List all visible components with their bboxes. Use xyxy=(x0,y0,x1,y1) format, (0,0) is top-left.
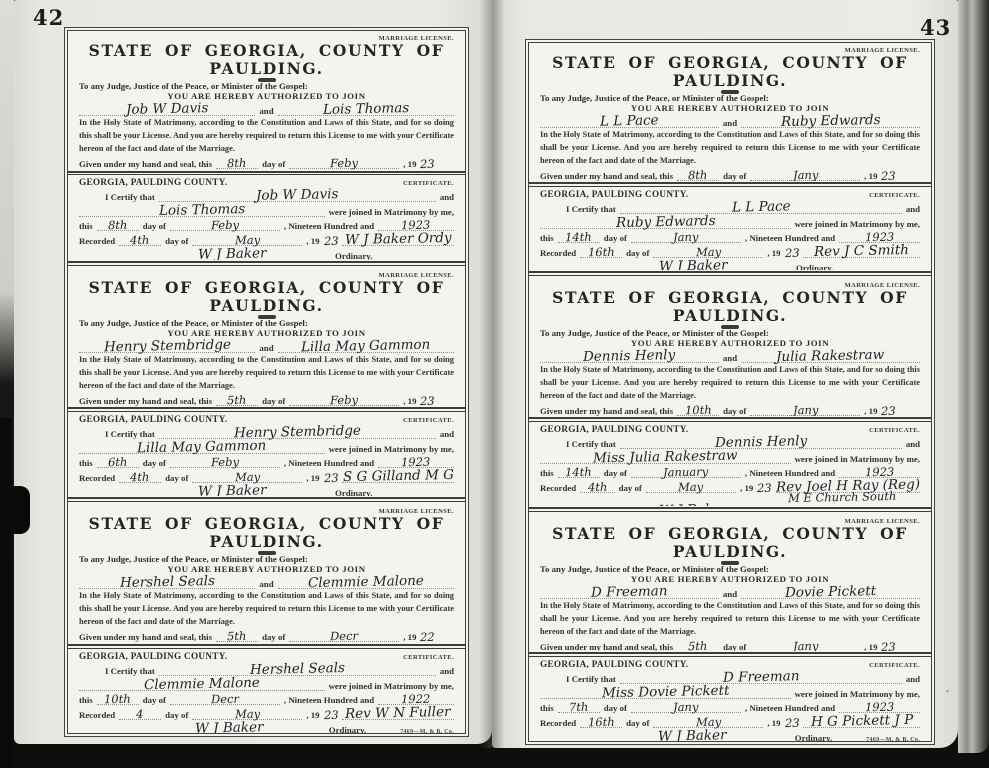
certificate-tag: CERTIFICATE. xyxy=(403,417,454,424)
certificate-tag: CERTIFICATE. xyxy=(869,662,920,669)
recorded-year: 23 xyxy=(323,708,338,722)
groom-name: Henry Stembridge xyxy=(104,336,231,355)
authorize-line: YOU ARE HEREBY AUTHORIZED TO JOIN xyxy=(79,328,454,338)
county-header: GEORGIA, PAULDING COUNTY. xyxy=(540,659,688,669)
salutation: To any Judge, Justice of the Peace, or M… xyxy=(540,93,920,103)
license-block-4: MARRIAGE LICENSE. STATE OF GEORGIA, COUN… xyxy=(529,43,931,181)
salutation: To any Judge, Justice of the Peace, or M… xyxy=(540,328,920,338)
county-header: GEORGIA, PAULDING COUNTY. xyxy=(79,651,227,661)
ordinary-signature: W J Baker xyxy=(309,405,378,406)
cert-groom-name: Job W Davis xyxy=(256,187,339,205)
license-month: Jany xyxy=(792,638,818,651)
section-divider xyxy=(529,507,931,512)
bride-name: Clemmie Malone xyxy=(308,573,424,591)
clerk-signature: W J Baker xyxy=(194,719,263,733)
oath-row: License obtained under oath by W J Baker… xyxy=(79,169,454,170)
license-block-5: MARRIAGE LICENSE. STATE OF GEORGIA, COUN… xyxy=(529,278,931,416)
license-year: 23 xyxy=(420,394,435,407)
groom-name: Job W Davis xyxy=(126,100,209,118)
groom-name: D Freeman xyxy=(591,583,668,601)
license-day: 8th xyxy=(227,156,247,170)
license-month: Jany xyxy=(792,403,818,416)
binding-bar xyxy=(0,418,12,768)
section-divider xyxy=(68,497,465,502)
given-row: Given under my hand and seal, this 8th d… xyxy=(79,155,454,169)
binding-clamp xyxy=(1,486,30,534)
names-row: Henry Stembridge and Lilla May Gammon xyxy=(79,338,454,353)
groom-name: L L Pace xyxy=(600,112,659,129)
license-month: Feby xyxy=(330,392,358,406)
license-day: 5th xyxy=(227,392,247,406)
license-heading: STATE OF GEORGIA, COUNTY OF PAULDING. xyxy=(540,289,920,325)
recorded-year: 23 xyxy=(784,246,799,260)
bride-name: Ruby Edwards xyxy=(781,112,881,130)
cert-day: 8th xyxy=(108,218,128,232)
section-divider xyxy=(68,407,465,412)
officiant-signature: Rev W N Fuller xyxy=(345,704,451,722)
authorize-line: YOU ARE HEREBY AUTHORIZED TO JOIN xyxy=(540,574,920,584)
names-row: Hershel Seals and Clemmie Malone xyxy=(79,574,454,589)
form-box-left: MARRIAGE LICENSE. STATE OF GEORGIA, COUN… xyxy=(67,30,466,734)
cert-day: 10th xyxy=(104,691,131,706)
certificate-tag: CERTIFICATE. xyxy=(869,192,920,199)
groom-name: Dennis Henly xyxy=(583,347,675,365)
recorded-day: 4th xyxy=(588,480,608,494)
cert-month: January xyxy=(663,464,708,479)
salutation: To any Judge, Justice of the Peace, or M… xyxy=(79,554,454,564)
officiant-signature: Rev J C Smith xyxy=(814,242,909,260)
license-body: In the Holy State of Matrimony, accordin… xyxy=(540,128,920,167)
cert-bride-name: Lois Thomas xyxy=(159,202,246,220)
license-year: 23 xyxy=(420,157,435,170)
license-heading: STATE OF GEORGIA, COUNTY OF PAULDING. xyxy=(79,279,454,315)
salutation: To any Judge, Justice of the Peace, or M… xyxy=(79,318,454,328)
page-number-42: 42 xyxy=(33,5,64,30)
license-body: In the Holy State of Matrimony, accordin… xyxy=(79,589,454,628)
names-row: Job W Davis and Lois Thomas xyxy=(79,101,454,116)
section-divider xyxy=(529,182,931,187)
groom-name: Hershel Seals xyxy=(120,573,215,591)
printer-mark: 7469—M. & B. Co. xyxy=(866,737,920,741)
cert-day: 14th xyxy=(565,229,592,244)
license-year: 22 xyxy=(420,630,435,643)
clerk-signature: W J Baker xyxy=(658,728,727,741)
page-43: MARRIAGE LICENSE. STATE OF GEORGIA, COUN… xyxy=(492,0,958,748)
cert-day: 6th xyxy=(108,455,128,469)
section-divider xyxy=(68,261,465,266)
license-heading: STATE OF GEORGIA, COUNTY OF PAULDING. xyxy=(540,525,920,561)
certificate-tag: CERTIFICATE. xyxy=(403,654,454,661)
recorded-day: 4th xyxy=(130,233,150,247)
cert-month: Decr xyxy=(211,691,239,706)
book-right-edge xyxy=(958,0,989,753)
certificate-block-4: GEORGIA, PAULDING COUNTY. CERTIFICATE. I… xyxy=(529,189,931,271)
certificate-tag: CERTIFICATE. xyxy=(869,427,920,434)
cert-day: 14th xyxy=(565,465,592,480)
certificate-tag: CERTIFICATE. xyxy=(403,180,454,187)
license-day: 5th xyxy=(227,629,247,643)
section-divider xyxy=(529,417,931,422)
recorded-year: 23 xyxy=(323,234,338,248)
names-row: D Freeman and Dovie Pickett xyxy=(540,584,920,599)
cert-month: Jany xyxy=(673,700,699,715)
license-month: Feby xyxy=(330,156,358,170)
certificate-block-5: GEORGIA, PAULDING COUNTY. CERTIFICATE. I… xyxy=(529,424,931,506)
names-row: L L Pace and Ruby Edwards xyxy=(540,113,920,128)
names-row: Dennis Henly and Julia Rakestraw xyxy=(540,348,920,363)
recorded-year: 23 xyxy=(757,481,772,495)
license-body: In the Holy State of Matrimony, accordin… xyxy=(540,599,920,638)
bride-name: Lois Thomas xyxy=(323,100,410,118)
county-header: GEORGIA, PAULDING COUNTY. xyxy=(540,189,688,199)
salutation: To any Judge, Justice of the Peace, or M… xyxy=(540,564,920,574)
cert-day: 7th xyxy=(569,700,589,714)
license-body: In the Holy State of Matrimony, accordin… xyxy=(79,116,454,155)
section-divider xyxy=(68,644,465,649)
cert-groom-name: Hershel Seals xyxy=(250,660,345,678)
license-body: In the Holy State of Matrimony, accordin… xyxy=(540,363,920,402)
license-day: 8th xyxy=(688,168,708,181)
recorded-day: 4 xyxy=(136,707,144,721)
cert-month: Feby xyxy=(211,455,239,470)
bride-name: Julia Rakestraw xyxy=(776,347,884,365)
officiant-signature: S G Gilland M G xyxy=(342,467,453,485)
cert-bride-name: Clemmie Malone xyxy=(144,675,260,693)
cert-bride-name: Ruby Edwards xyxy=(615,213,715,231)
certificate-block-1: GEORGIA, PAULDING COUNTY. CERTIFICATE. I… xyxy=(68,177,465,259)
salutation: To any Judge, Justice of the Peace, or M… xyxy=(79,81,454,91)
license-heading: STATE OF GEORGIA, COUNTY OF PAULDING. xyxy=(540,54,920,90)
license-day: 5th xyxy=(688,638,708,651)
recorded-year: 23 xyxy=(784,716,799,730)
license-year: 23 xyxy=(881,169,896,181)
license-block-3: MARRIAGE LICENSE. STATE OF GEORGIA, COUN… xyxy=(68,504,465,643)
license-body: In the Holy State of Matrimony, accordin… xyxy=(79,353,454,392)
cert-bride-name: Miss Julia Rakestraw xyxy=(593,447,738,466)
certificate-block-2: GEORGIA, PAULDING COUNTY. CERTIFICATE. I… xyxy=(68,414,465,496)
cert-month: Feby xyxy=(211,218,239,233)
clerk-signature: W J Baker xyxy=(659,501,728,505)
recorded-day: 16th xyxy=(588,244,615,259)
county-header: GEORGIA, PAULDING COUNTY. xyxy=(79,414,227,424)
license-day: 10th xyxy=(685,403,712,416)
cert-month: Jany xyxy=(673,229,699,244)
county-header: GEORGIA, PAULDING COUNTY. xyxy=(79,177,227,187)
cert-groom-name: L L Pace xyxy=(731,198,790,215)
recorded-day: 16th xyxy=(588,715,615,730)
license-month: Jany xyxy=(792,168,818,181)
page-number-43: 43 xyxy=(920,15,951,40)
bride-name: Dovie Pickett xyxy=(785,583,876,601)
recorded-month: May xyxy=(678,480,703,495)
officiant-signature: W J Baker Ordy xyxy=(345,230,452,248)
and-label: and xyxy=(259,106,273,116)
printer-mark: 7469—M. & B. Co. xyxy=(400,729,454,733)
license-year: 23 xyxy=(881,404,896,416)
cert-groom-name: D Freeman xyxy=(722,668,799,686)
license-block-2: MARRIAGE LICENSE. STATE OF GEORGIA, COUN… xyxy=(68,268,465,407)
ordinary-signature: W J Baker xyxy=(309,642,378,643)
clerk-signature: W J Baker xyxy=(659,257,728,270)
license-block-6: MARRIAGE LICENSE. STATE OF GEORGIA, COUN… xyxy=(529,514,931,652)
certificate-block-3: GEORGIA, PAULDING COUNTY. CERTIFICATE. I… xyxy=(68,651,465,733)
license-heading: STATE OF GEORGIA, COUNTY OF PAULDING. xyxy=(79,42,454,78)
license-block-1: MARRIAGE LICENSE. STATE OF GEORGIA, COUN… xyxy=(68,31,465,170)
cert-bride-name: Miss Dovie Pickett xyxy=(601,683,729,702)
page-42: MARRIAGE LICENSE. STATE OF GEORGIA, COUN… xyxy=(14,0,492,744)
ordinary-signature: W J Baker xyxy=(309,168,378,169)
form-box-right: MARRIAGE LICENSE. STATE OF GEORGIA, COUN… xyxy=(528,42,932,742)
cert-bride-name: Lilla May Gammon xyxy=(137,438,267,457)
license-heading: STATE OF GEORGIA, COUNTY OF PAULDING. xyxy=(79,515,454,551)
corner-mark: * xyxy=(946,690,949,696)
clerk-signature: W J Baker xyxy=(198,482,267,496)
recorded-year: 23 xyxy=(323,471,338,485)
officiant-church: M E Church South xyxy=(788,489,897,505)
bride-name: Lilla May Gammon xyxy=(301,336,431,355)
certificate-block-6: GEORGIA, PAULDING COUNTY. CERTIFICATE. I… xyxy=(529,659,931,741)
section-divider xyxy=(529,271,931,276)
county-header: GEORGIA, PAULDING COUNTY. xyxy=(540,424,688,434)
officiant-signature: H G Pickett J P xyxy=(810,712,913,730)
section-divider xyxy=(68,171,465,176)
section-divider xyxy=(529,652,931,657)
recorded-day: 4th xyxy=(130,470,150,484)
clerk-signature: W J Baker xyxy=(198,246,267,260)
license-year: 23 xyxy=(881,640,896,652)
